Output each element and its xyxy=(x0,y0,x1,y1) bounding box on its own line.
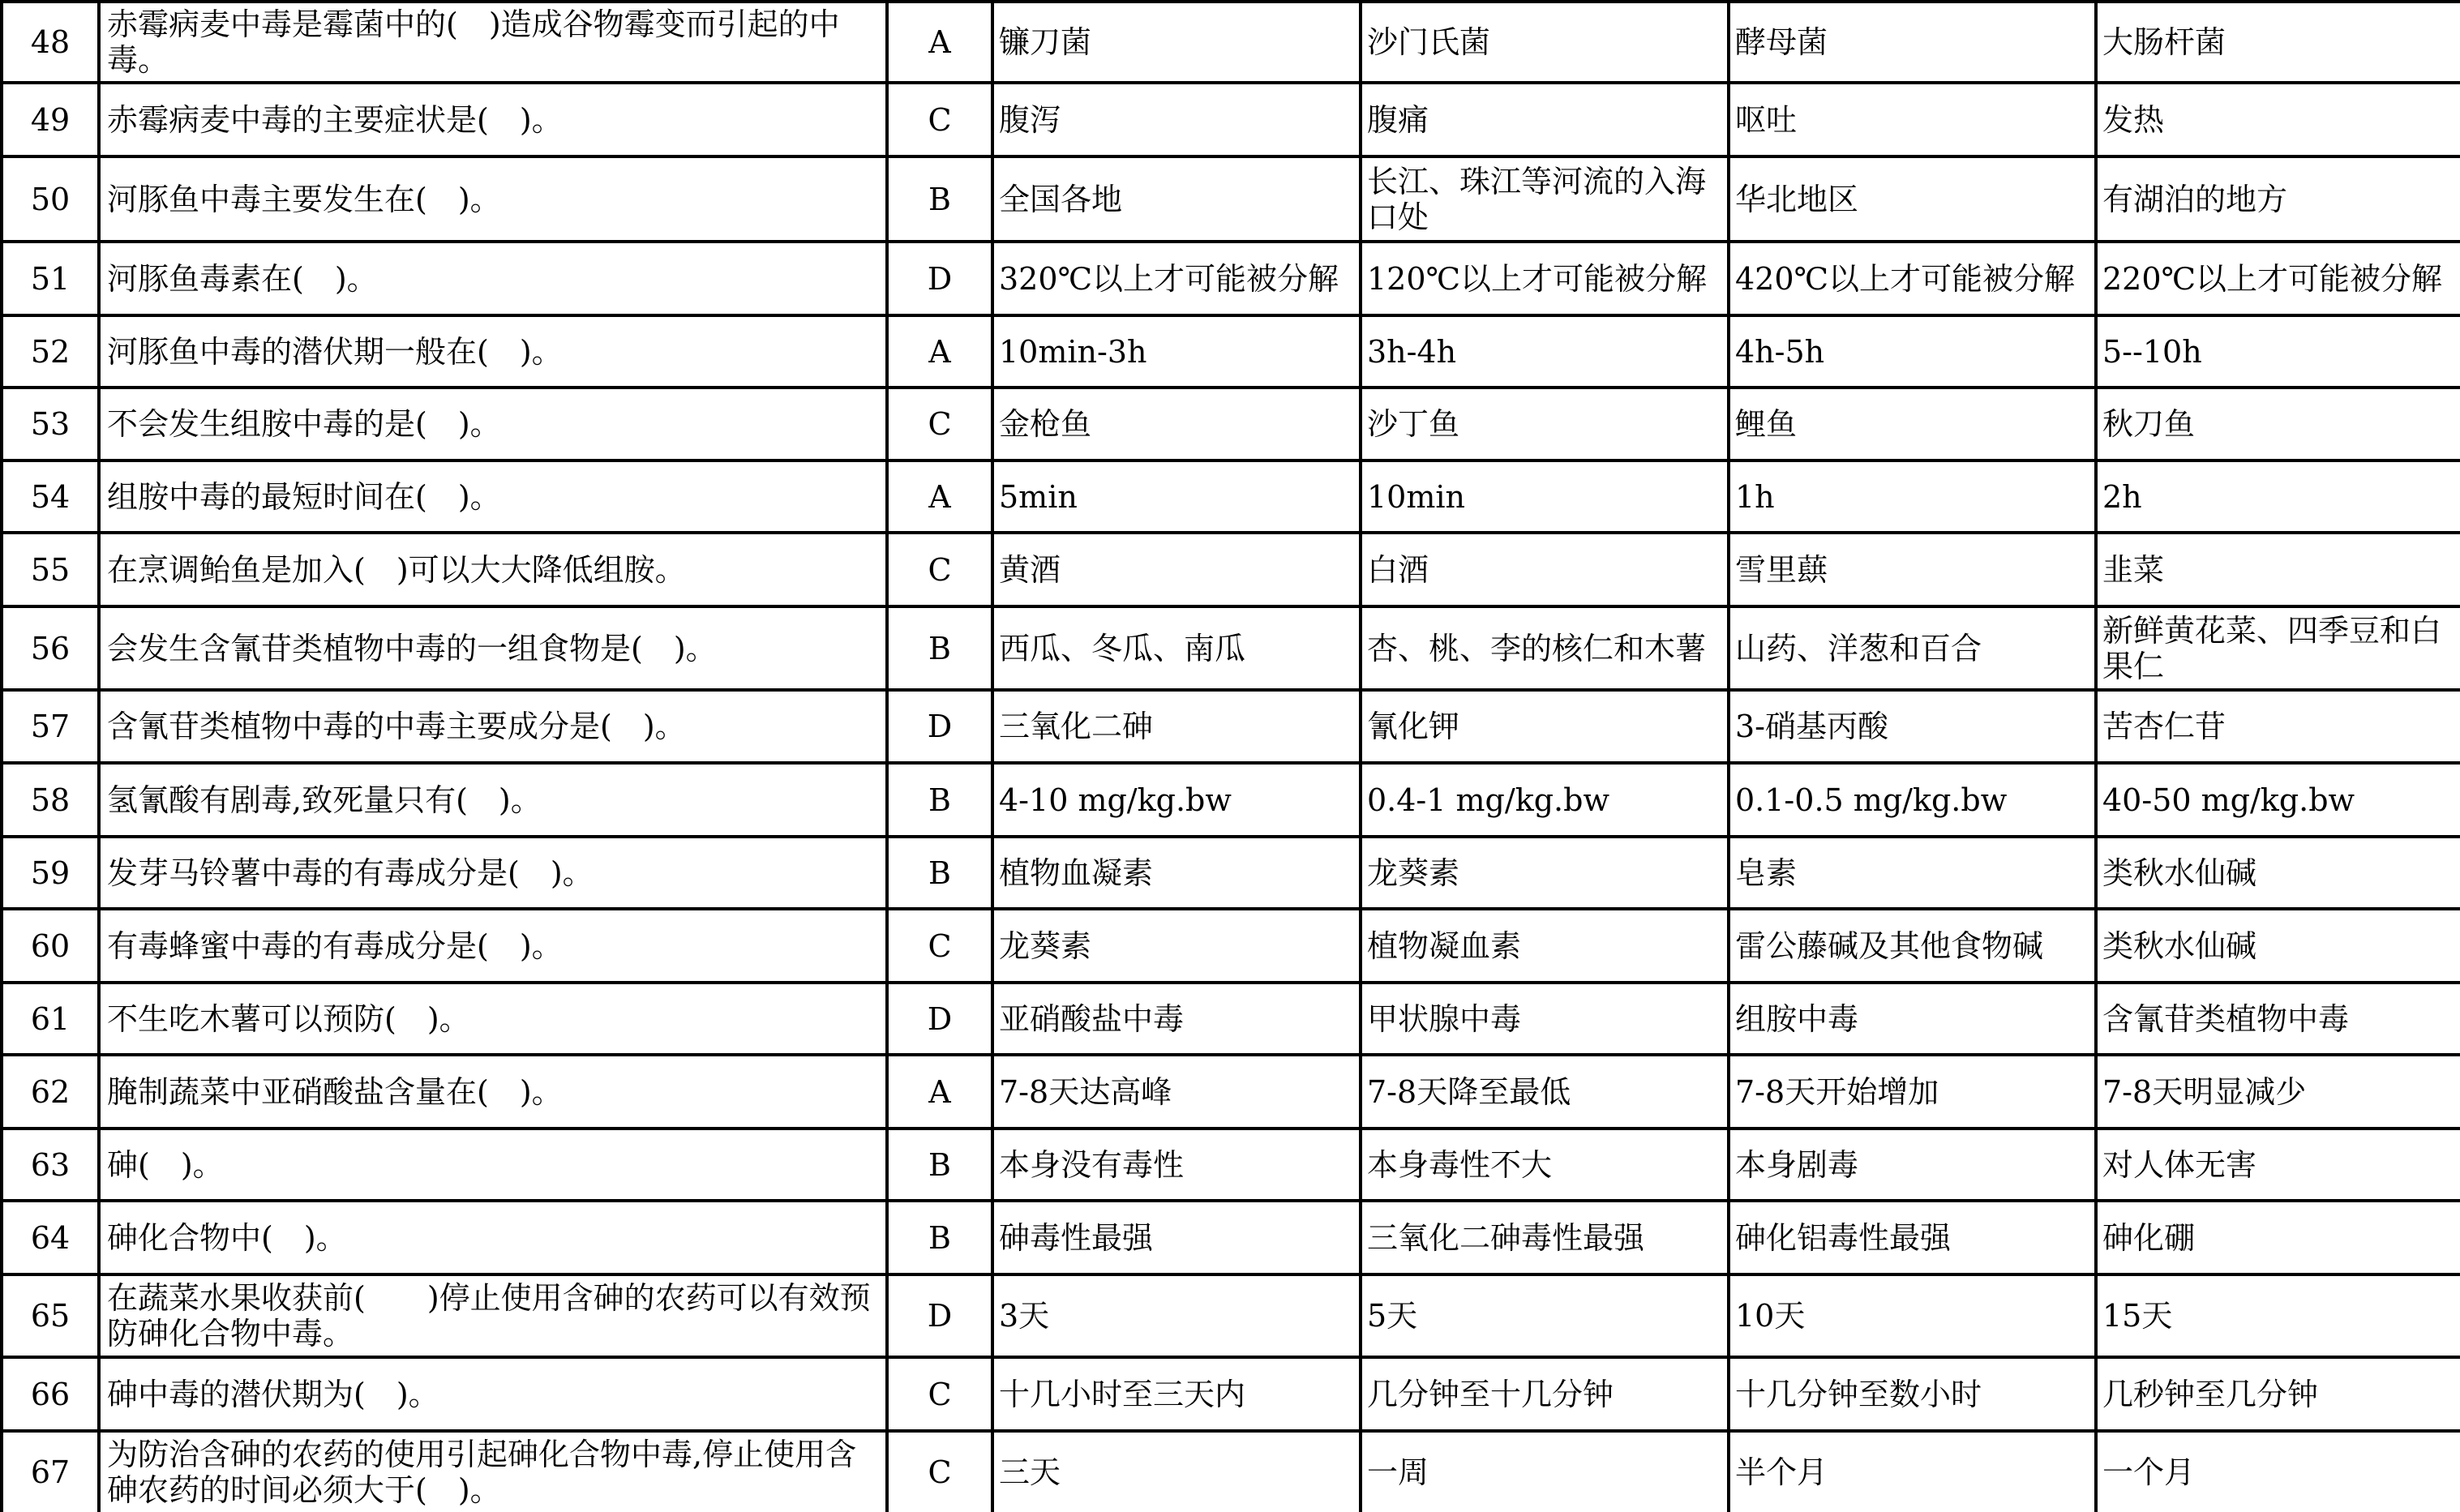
option-c: 十几分钟至数小时 xyxy=(1729,1357,2096,1431)
option-a: 植物血凝素 xyxy=(992,837,1361,909)
option-c: 1h xyxy=(1729,460,2096,533)
option-d: 砷化硼 xyxy=(2096,1201,2460,1274)
option-b: 甲状腺中毒 xyxy=(1361,983,1729,1055)
question-text: 砷( )。 xyxy=(99,1129,887,1201)
option-c: 雷公藤碱及其他食物碱 xyxy=(1729,909,2096,983)
question-text: 为防治含砷的农药的使用引起砷化合物中毒,停止使用含砷农药的时间必须大于( )。 xyxy=(99,1431,887,1512)
table-row: 53 不会发生组胺中毒的是( )。 C 金枪鱼 沙丁鱼 鲤鱼 秋刀鱼 xyxy=(2,388,2460,460)
option-a: 砷毒性最强 xyxy=(992,1201,1361,1274)
option-c: 0.1-0.5 mg/kg.bw xyxy=(1729,763,2096,837)
option-d: 几秒钟至几分钟 xyxy=(2096,1357,2460,1431)
table-row: 48 赤霉病麦中毒是霉菌中的( )造成谷物霉变而引起的中毒。 A 镰刀菌 沙门氏… xyxy=(2,2,2460,83)
option-a: 三天 xyxy=(992,1431,1361,1512)
answer-key: C xyxy=(887,1431,992,1512)
option-b: 氰化钾 xyxy=(1361,690,1729,763)
option-b: 一周 xyxy=(1361,1431,1729,1512)
table-row: 58 氢氰酸有剧毒,致死量只有( )。 B 4-10 mg/kg.bw 0.4-… xyxy=(2,763,2460,837)
question-number: 55 xyxy=(2,533,99,606)
table-row: 60 有毒蜂蜜中毒的有毒成分是( )。 C 龙葵素 植物凝血素 雷公藤碱及其他食… xyxy=(2,909,2460,983)
table-row: 65 在蔬菜水果收获前( )停止使用含砷的农药可以有效预防砷化合物中毒。 D 3… xyxy=(2,1274,2460,1357)
option-b: 本身毒性不大 xyxy=(1361,1129,1729,1201)
question-number: 49 xyxy=(2,83,99,156)
question-number: 59 xyxy=(2,837,99,909)
option-a: 本身没有毒性 xyxy=(992,1129,1361,1201)
question-text: 在烹调鲐鱼是加入( )可以大大降低组胺。 xyxy=(99,533,887,606)
option-c: 本身剧毒 xyxy=(1729,1129,2096,1201)
table-row: 49 赤霉病麦中毒的主要症状是( )。 C 腹泻 腹痛 呕吐 发热 xyxy=(2,83,2460,156)
option-b: 植物凝血素 xyxy=(1361,909,1729,983)
question-number: 65 xyxy=(2,1274,99,1357)
option-b: 0.4-1 mg/kg.bw xyxy=(1361,763,1729,837)
table-row: 61 不生吃木薯可以预防( )。 D 亚硝酸盐中毒 甲状腺中毒 组胺中毒 含氰苷… xyxy=(2,983,2460,1055)
option-a: 320℃以上才可能被分解 xyxy=(992,242,1361,315)
table-row: 51 河豚鱼毒素在( )。 D 320℃以上才可能被分解 120℃以上才可能被分… xyxy=(2,242,2460,315)
question-text: 河豚鱼中毒主要发生在( )。 xyxy=(99,156,887,242)
answer-key: D xyxy=(887,690,992,763)
question-number: 66 xyxy=(2,1357,99,1431)
option-d: 类秋水仙碱 xyxy=(2096,837,2460,909)
question-number: 64 xyxy=(2,1201,99,1274)
question-number: 62 xyxy=(2,1055,99,1129)
question-text: 砷中毒的潜伏期为( )。 xyxy=(99,1357,887,1431)
option-b: 沙丁鱼 xyxy=(1361,388,1729,460)
question-text: 组胺中毒的最短时间在( )。 xyxy=(99,460,887,533)
option-c: 半个月 xyxy=(1729,1431,2096,1512)
option-c: 7-8天开始增加 xyxy=(1729,1055,2096,1129)
answer-key: B xyxy=(887,1201,992,1274)
table-row: 50 河豚鱼中毒主要发生在( )。 B 全国各地 长江、珠江等河流的入海口处 华… xyxy=(2,156,2460,242)
answer-key: C xyxy=(887,533,992,606)
question-text: 在蔬菜水果收获前( )停止使用含砷的农药可以有效预防砷化合物中毒。 xyxy=(99,1274,887,1357)
option-d: 新鲜黄花菜、四季豆和白果仁 xyxy=(2096,606,2460,690)
question-text: 氢氰酸有剧毒,致死量只有( )。 xyxy=(99,763,887,837)
option-d: 一个月 xyxy=(2096,1431,2460,1512)
option-d: 220℃以上才可能被分解 xyxy=(2096,242,2460,315)
question-text: 赤霉病麦中毒的主要症状是( )。 xyxy=(99,83,887,156)
answer-key: D xyxy=(887,1274,992,1357)
option-a: 10min-3h xyxy=(992,315,1361,388)
option-a: 腹泻 xyxy=(992,83,1361,156)
answer-key: B xyxy=(887,156,992,242)
question-number: 57 xyxy=(2,690,99,763)
answer-key: A xyxy=(887,460,992,533)
option-c: 组胺中毒 xyxy=(1729,983,2096,1055)
question-number: 54 xyxy=(2,460,99,533)
option-b: 长江、珠江等河流的入海口处 xyxy=(1361,156,1729,242)
option-c: 华北地区 xyxy=(1729,156,2096,242)
option-d: 7-8天明显减少 xyxy=(2096,1055,2460,1129)
question-number: 63 xyxy=(2,1129,99,1201)
option-b: 几分钟至十几分钟 xyxy=(1361,1357,1729,1431)
question-number: 52 xyxy=(2,315,99,388)
table-row: 59 发芽马铃薯中毒的有毒成分是( )。 B 植物血凝素 龙葵素 皂素 类秋水仙… xyxy=(2,837,2460,909)
option-d: 发热 xyxy=(2096,83,2460,156)
question-text: 会发生含氰苷类植物中毒的一组食物是( )。 xyxy=(99,606,887,690)
answer-key: D xyxy=(887,983,992,1055)
option-c: 呕吐 xyxy=(1729,83,2096,156)
question-text: 腌制蔬菜中亚硝酸盐含量在( )。 xyxy=(99,1055,887,1129)
answer-key: C xyxy=(887,909,992,983)
question-number: 60 xyxy=(2,909,99,983)
option-d: 含氰苷类植物中毒 xyxy=(2096,983,2460,1055)
option-a: 亚硝酸盐中毒 xyxy=(992,983,1361,1055)
option-b: 120℃以上才可能被分解 xyxy=(1361,242,1729,315)
option-a: 3天 xyxy=(992,1274,1361,1357)
question-text: 不会发生组胺中毒的是( )。 xyxy=(99,388,887,460)
option-d: 2h xyxy=(2096,460,2460,533)
option-b: 5天 xyxy=(1361,1274,1729,1357)
question-text: 发芽马铃薯中毒的有毒成分是( )。 xyxy=(99,837,887,909)
answer-key: D xyxy=(887,242,992,315)
table-row: 54 组胺中毒的最短时间在( )。 A 5min 10min 1h 2h xyxy=(2,460,2460,533)
option-c: 山药、洋葱和百合 xyxy=(1729,606,2096,690)
answer-key: B xyxy=(887,837,992,909)
question-number: 48 xyxy=(2,2,99,83)
option-c: 酵母菌 xyxy=(1729,2,2096,83)
answer-key: B xyxy=(887,763,992,837)
table-row: 56 会发生含氰苷类植物中毒的一组食物是( )。 B 西瓜、冬瓜、南瓜 杏、桃、… xyxy=(2,606,2460,690)
table-row: 64 砷化合物中( )。 B 砷毒性最强 三氧化二砷毒性最强 砷化铝毒性最强 砷… xyxy=(2,1201,2460,1274)
option-a: 4-10 mg/kg.bw xyxy=(992,763,1361,837)
option-d: 大肠杆菌 xyxy=(2096,2,2460,83)
table-row: 52 河豚鱼中毒的潜伏期一般在( )。 A 10min-3h 3h-4h 4h-… xyxy=(2,315,2460,388)
question-text: 河豚鱼毒素在( )。 xyxy=(99,242,887,315)
option-c: 砷化铝毒性最强 xyxy=(1729,1201,2096,1274)
question-text: 有毒蜂蜜中毒的有毒成分是( )。 xyxy=(99,909,887,983)
option-a: 镰刀菌 xyxy=(992,2,1361,83)
question-number: 50 xyxy=(2,156,99,242)
table-row: 66 砷中毒的潜伏期为( )。 C 十几小时至三天内 几分钟至十几分钟 十几分钟… xyxy=(2,1357,2460,1431)
option-b: 3h-4h xyxy=(1361,315,1729,388)
table-row: 67 为防治含砷的农药的使用引起砷化合物中毒,停止使用含砷农药的时间必须大于( … xyxy=(2,1431,2460,1512)
option-b: 龙葵素 xyxy=(1361,837,1729,909)
table-row: 62 腌制蔬菜中亚硝酸盐含量在( )。 A 7-8天达高峰 7-8天降至最低 7… xyxy=(2,1055,2460,1129)
option-d: 对人体无害 xyxy=(2096,1129,2460,1201)
question-number: 58 xyxy=(2,763,99,837)
question-table: 48 赤霉病麦中毒是霉菌中的( )造成谷物霉变而引起的中毒。 A 镰刀菌 沙门氏… xyxy=(0,0,2460,1512)
option-b: 7-8天降至最低 xyxy=(1361,1055,1729,1129)
option-d: 5--10h xyxy=(2096,315,2460,388)
question-text: 含氰苷类植物中毒的中毒主要成分是( )。 xyxy=(99,690,887,763)
question-text: 砷化合物中( )。 xyxy=(99,1201,887,1274)
table-row: 55 在烹调鲐鱼是加入( )可以大大降低组胺。 C 黄酒 白酒 雪里蕻 韭菜 xyxy=(2,533,2460,606)
option-d: 40-50 mg/kg.bw xyxy=(2096,763,2460,837)
answer-key: B xyxy=(887,606,992,690)
answer-key: A xyxy=(887,1055,992,1129)
option-c: 雪里蕻 xyxy=(1729,533,2096,606)
question-text: 赤霉病麦中毒是霉菌中的( )造成谷物霉变而引起的中毒。 xyxy=(99,2,887,83)
answer-key: C xyxy=(887,388,992,460)
answer-key: B xyxy=(887,1129,992,1201)
option-a: 黄酒 xyxy=(992,533,1361,606)
option-d: 秋刀鱼 xyxy=(2096,388,2460,460)
option-b: 沙门氏菌 xyxy=(1361,2,1729,83)
option-a: 十几小时至三天内 xyxy=(992,1357,1361,1431)
option-a: 全国各地 xyxy=(992,156,1361,242)
question-number: 56 xyxy=(2,606,99,690)
question-number: 61 xyxy=(2,983,99,1055)
option-b: 腹痛 xyxy=(1361,83,1729,156)
question-number: 67 xyxy=(2,1431,99,1512)
answer-key: C xyxy=(887,1357,992,1431)
question-text: 河豚鱼中毒的潜伏期一般在( )。 xyxy=(99,315,887,388)
answer-key: A xyxy=(887,2,992,83)
question-text: 不生吃木薯可以预防( )。 xyxy=(99,983,887,1055)
option-c: 10天 xyxy=(1729,1274,2096,1357)
option-d: 类秋水仙碱 xyxy=(2096,909,2460,983)
option-a: 金枪鱼 xyxy=(992,388,1361,460)
option-b: 三氧化二砷毒性最强 xyxy=(1361,1201,1729,1274)
option-d: 韭菜 xyxy=(2096,533,2460,606)
table-row: 57 含氰苷类植物中毒的中毒主要成分是( )。 D 三氧化二砷 氰化钾 3-硝基… xyxy=(2,690,2460,763)
option-c: 3-硝基丙酸 xyxy=(1729,690,2096,763)
table-row: 63 砷( )。 B 本身没有毒性 本身毒性不大 本身剧毒 对人体无害 xyxy=(2,1129,2460,1201)
option-d: 苦杏仁苷 xyxy=(2096,690,2460,763)
question-number: 53 xyxy=(2,388,99,460)
option-c: 鲤鱼 xyxy=(1729,388,2096,460)
option-d: 15天 xyxy=(2096,1274,2460,1357)
option-c: 4h-5h xyxy=(1729,315,2096,388)
option-b: 白酒 xyxy=(1361,533,1729,606)
option-a: 西瓜、冬瓜、南瓜 xyxy=(992,606,1361,690)
answer-key: C xyxy=(887,83,992,156)
option-b: 杏、桃、李的核仁和木薯 xyxy=(1361,606,1729,690)
question-number: 51 xyxy=(2,242,99,315)
question-table-body: 48 赤霉病麦中毒是霉菌中的( )造成谷物霉变而引起的中毒。 A 镰刀菌 沙门氏… xyxy=(2,2,2460,1512)
answer-key: A xyxy=(887,315,992,388)
option-d: 有湖泊的地方 xyxy=(2096,156,2460,242)
option-a: 5min xyxy=(992,460,1361,533)
option-a: 三氧化二砷 xyxy=(992,690,1361,763)
option-a: 龙葵素 xyxy=(992,909,1361,983)
option-c: 420℃以上才可能被分解 xyxy=(1729,242,2096,315)
option-c: 皂素 xyxy=(1729,837,2096,909)
option-a: 7-8天达高峰 xyxy=(992,1055,1361,1129)
option-b: 10min xyxy=(1361,460,1729,533)
